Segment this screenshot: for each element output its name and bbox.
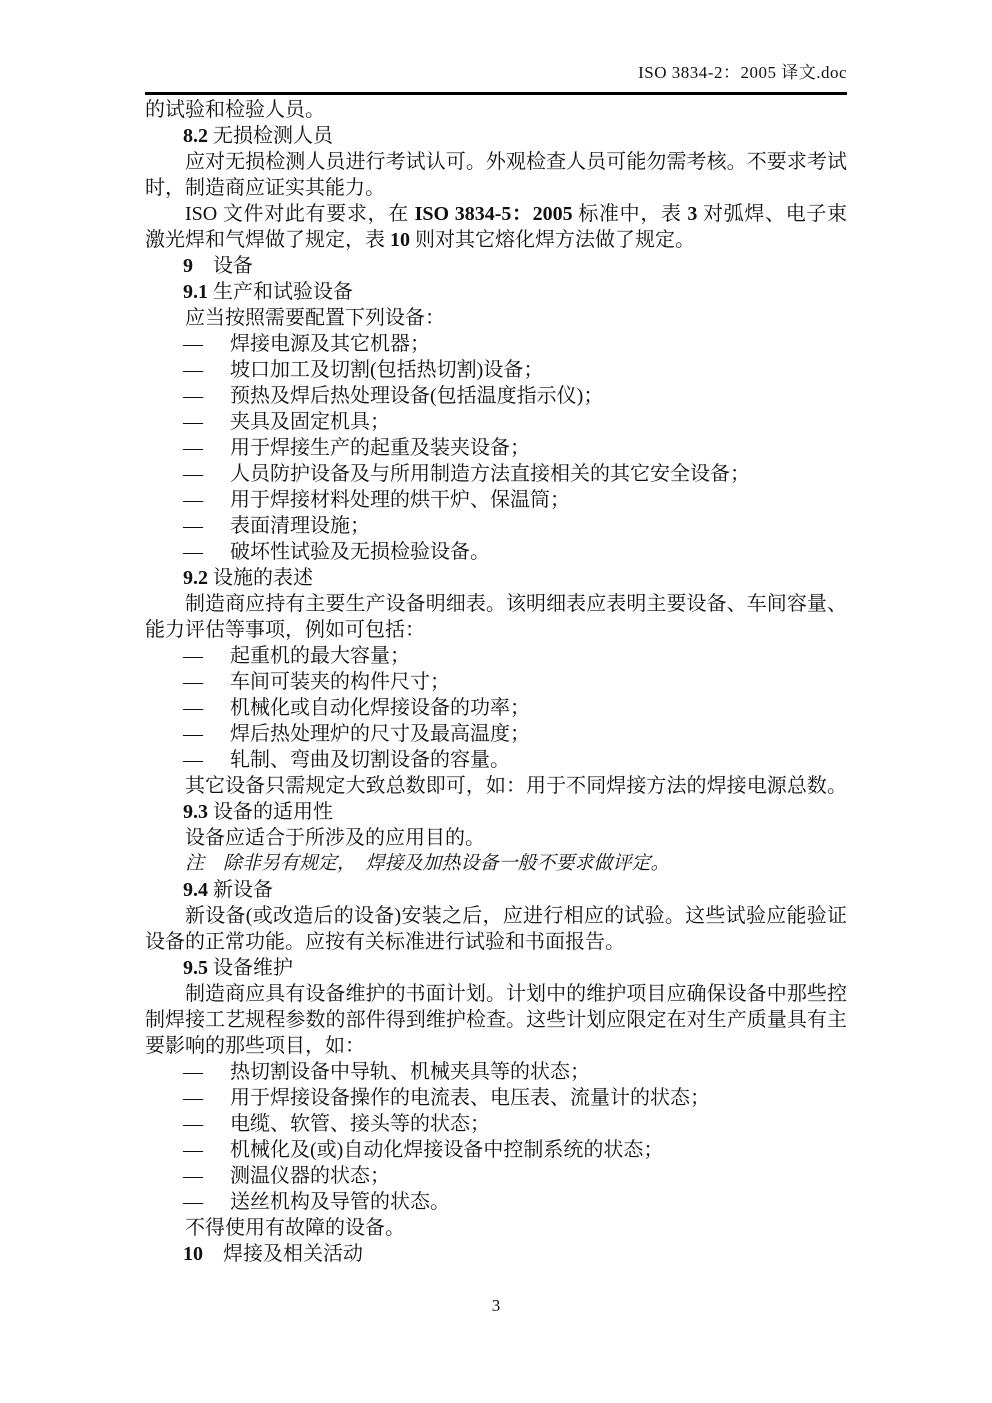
text-line: —夹具及固定机具； <box>145 409 847 435</box>
text-line: 不得使用有故障的设备。 <box>145 1215 847 1241</box>
text-segment: 制造商应具有设备维护的书面计划。计划中的维护项目应确保设备中那些控 <box>185 983 847 1005</box>
dash-bullet: — <box>183 695 230 721</box>
text-segment: 坡口加工及切割(包括热切割)设备； <box>230 359 543 381</box>
text-line: —测温仪器的状态； <box>145 1163 847 1189</box>
text-line: 其它设备只需规定大致总数即可，如：用于不同焊接方法的焊接电源总数。 <box>145 773 847 799</box>
text-line: —人员防护设备及与所用制造方法直接相关的其它安全设备； <box>145 461 847 487</box>
text-line: 应对无损检测人员进行考试认可。外观检查人员可能勿需考核。不要求考试 <box>145 149 847 175</box>
text-segment: 车间可装夹的构件尺寸； <box>230 671 450 693</box>
text-segment: 生产和试验设备 <box>208 281 353 303</box>
text-segment: 表面清理设施； <box>230 515 370 537</box>
text-segment: 制造商应持有主要生产设备明细表。该明细表应表明主要设备、车间容量、 <box>185 593 847 615</box>
text-segment: 设备 <box>193 255 253 277</box>
header-title: ISO 3834-2：2005 译文.doc <box>638 63 847 82</box>
text-segment: 人员防护设备及与所用制造方法直接相关的其它安全设备； <box>230 463 750 485</box>
dash-bullet: — <box>183 747 230 773</box>
dash-bullet: — <box>183 331 230 357</box>
dash-bullet: — <box>183 409 230 435</box>
text-line: —用于焊接设备操作的电流表、电压表、流量计的状态； <box>145 1085 847 1111</box>
text-line: 制造商应具有设备维护的书面计划。计划中的维护项目应确保设备中那些控 <box>145 981 847 1007</box>
text-segment: 机械化或自动化焊接设备的功率； <box>230 697 530 719</box>
text-line: —焊接电源及其它机器； <box>145 331 847 357</box>
text-segment: 起重机的最大容量； <box>230 645 410 667</box>
text-segment: 无损检测人员 <box>208 125 333 147</box>
text-line: 8.2 无损检测人员 <box>145 123 847 149</box>
bold-text-segment: 10 <box>183 1243 203 1265</box>
text-segment: 焊接电源及其它机器； <box>230 333 430 355</box>
text-line: 应当按照需要配置下列设备： <box>145 305 847 331</box>
text-segment: 用于焊接生产的起重及装夹设备； <box>230 437 530 459</box>
header-rule <box>145 92 847 95</box>
text-segment: 焊后热处理炉的尺寸及最高温度； <box>230 723 530 745</box>
dash-bullet: — <box>183 435 230 461</box>
text-line: 激光焊和气焊做了规定，表 10 则对其它熔化焊方法做了规定。 <box>145 227 847 253</box>
text-segment: 用于焊接材料处理的烘干炉、保温筒； <box>230 489 570 511</box>
text-segment: 要影响的那些项目，如： <box>145 1035 365 1057</box>
dash-bullet: — <box>183 487 230 513</box>
text-line: —用于焊接生产的起重及装夹设备； <box>145 435 847 461</box>
dash-bullet: — <box>183 357 230 383</box>
text-line: —坡口加工及切割(包括热切割)设备； <box>145 357 847 383</box>
page-footer: 3 <box>0 1295 992 1317</box>
text-segment: 焊接及相关活动 <box>203 1243 363 1265</box>
document-page: ISO 3834-2：2005 译文.doc 的试验和检验人员。8.2 无损检测… <box>0 0 992 1403</box>
text-line: 制焊接工艺规程参数的部件得到维护检查。这些计划应限定在对生产质量具有主 <box>145 1007 847 1033</box>
dash-bullet: — <box>183 1111 230 1137</box>
bold-text-segment: 9 <box>183 255 193 277</box>
bold-text-segment: 9.4 <box>183 879 208 901</box>
text-segment: 测温仪器的状态； <box>230 1165 390 1187</box>
dash-bullet: — <box>183 1137 230 1163</box>
text-line: 注 除非另有规定， 焊接及加热设备一般不要求做评定。 <box>145 851 847 877</box>
text-segment: 用于焊接设备操作的电流表、电压表、流量计的状态； <box>230 1087 710 1109</box>
text-segment: ISO 文件对此有要求，在 <box>185 203 415 225</box>
text-line: —起重机的最大容量； <box>145 643 847 669</box>
text-line: —破坏性试验及无损检验设备。 <box>145 539 847 565</box>
text-line: —表面清理设施； <box>145 513 847 539</box>
text-line: —焊后热处理炉的尺寸及最高温度； <box>145 721 847 747</box>
text-line: 能力评估等事项，例如可包括： <box>145 617 847 643</box>
text-line: 设备应适合于所涉及的应用目的。 <box>145 825 847 851</box>
text-segment: 轧制、弯曲及切割设备的容量。 <box>230 749 510 771</box>
text-line: —用于焊接材料处理的烘干炉、保温筒； <box>145 487 847 513</box>
text-line: 时，制造商应证实其能力。 <box>145 175 847 201</box>
dash-bullet: — <box>183 721 230 747</box>
text-segment: 则对其它熔化焊方法做了规定。 <box>410 229 695 251</box>
text-segment: 能力评估等事项，例如可包括： <box>145 619 425 641</box>
dash-bullet: — <box>183 383 230 409</box>
text-segment: 新设备(或改造后的设备)安装之后，应进行相应的试验。这些试验应能验证 <box>185 905 847 927</box>
text-line: 9.5 设备维护 <box>145 955 847 981</box>
dash-bullet: — <box>183 1059 230 1085</box>
bold-text-segment: ISO 3834-5：2005 <box>415 203 573 225</box>
text-line: ISO 文件对此有要求，在 ISO 3834-5：2005 标准中，表 3 对弧… <box>145 201 847 227</box>
text-segment: 制焊接工艺规程参数的部件得到维护检查。这些计划应限定在对生产质量具有主 <box>145 1009 847 1031</box>
text-line: 的试验和检验人员。 <box>145 97 847 123</box>
text-line: —机械化及(或)自动化焊接设备中控制系统的状态； <box>145 1137 847 1163</box>
text-line: 制造商应持有主要生产设备明细表。该明细表应表明主要设备、车间容量、 <box>145 591 847 617</box>
text-segment: 应对无损检测人员进行考试认可。外观检查人员可能勿需考核。不要求考试 <box>185 151 847 173</box>
text-segment: 其它设备只需规定大致总数即可，如：用于不同焊接方法的焊接电源总数。 <box>185 775 847 797</box>
dash-bullet: — <box>183 461 230 487</box>
text-segment: 激光焊和气焊做了规定，表 <box>145 229 390 251</box>
text-line: —送丝机构及导管的状态。 <box>145 1189 847 1215</box>
text-segment: 热切割设备中导轨、机械夹具等的状态； <box>230 1061 590 1083</box>
text-segment: 设备维护 <box>208 957 293 979</box>
dash-bullet: — <box>183 513 230 539</box>
text-segment: 标准中，表 <box>573 203 688 225</box>
dash-bullet: — <box>183 1085 230 1111</box>
text-line: —机械化或自动化焊接设备的功率； <box>145 695 847 721</box>
text-line: 9.4 新设备 <box>145 877 847 903</box>
page-number: 3 <box>492 1296 501 1315</box>
text-segment: 设备的适用性 <box>208 801 333 823</box>
text-segment: 设施的表述 <box>208 567 313 589</box>
bold-text-segment: 3 <box>687 203 697 225</box>
text-segment: 注 除非另有规定， 焊接及加热设备一般不要求做评定。 <box>185 853 670 874</box>
text-line: 9.2 设施的表述 <box>145 565 847 591</box>
text-segment: 新设备 <box>208 879 273 901</box>
text-segment: 夹具及固定机具； <box>230 411 390 433</box>
page-header: ISO 3834-2：2005 译文.doc <box>145 62 847 84</box>
dash-bullet: — <box>183 539 230 565</box>
text-line: 设备的正常功能。应按有关标准进行试验和书面报告。 <box>145 929 847 955</box>
text-line: 要影响的那些项目，如： <box>145 1033 847 1059</box>
text-segment: 破坏性试验及无损检验设备。 <box>230 541 490 563</box>
text-segment: 预热及焊后热处理设备(包括温度指示仪)； <box>230 385 603 407</box>
document-body: 的试验和检验人员。8.2 无损检测人员应对无损检测人员进行考试认可。外观检查人员… <box>145 97 847 1267</box>
text-segment: 应当按照需要配置下列设备： <box>185 307 445 329</box>
text-line: —车间可装夹的构件尺寸； <box>145 669 847 695</box>
text-line: 新设备(或改造后的设备)安装之后，应进行相应的试验。这些试验应能验证 <box>145 903 847 929</box>
text-line: 9 设备 <box>145 253 847 279</box>
dash-bullet: — <box>183 643 230 669</box>
bold-text-segment: 10 <box>390 229 410 251</box>
text-line: 9.3 设备的适用性 <box>145 799 847 825</box>
text-line: —热切割设备中导轨、机械夹具等的状态； <box>145 1059 847 1085</box>
dash-bullet: — <box>183 669 230 695</box>
text-line: 9.1 生产和试验设备 <box>145 279 847 305</box>
dash-bullet: — <box>183 1163 230 1189</box>
bold-text-segment: 9.5 <box>183 957 208 979</box>
text-segment: 设备应适合于所涉及的应用目的。 <box>185 827 485 849</box>
text-line: 10 焊接及相关活动 <box>145 1241 847 1267</box>
text-line: —轧制、弯曲及切割设备的容量。 <box>145 747 847 773</box>
text-segment: 的试验和检验人员。 <box>145 99 325 121</box>
text-segment: 机械化及(或)自动化焊接设备中控制系统的状态； <box>230 1139 663 1161</box>
bold-text-segment: 9.2 <box>183 567 208 589</box>
text-segment: 设备的正常功能。应按有关标准进行试验和书面报告。 <box>145 931 625 953</box>
bold-text-segment: 9.1 <box>183 281 208 303</box>
text-line: —电缆、软管、接头等的状态； <box>145 1111 847 1137</box>
text-segment: 时，制造商应证实其能力。 <box>145 177 385 199</box>
bold-text-segment: 8.2 <box>183 125 208 147</box>
bold-text-segment: 9.3 <box>183 801 208 823</box>
dash-bullet: — <box>183 1189 230 1215</box>
text-line: —预热及焊后热处理设备(包括温度指示仪)； <box>145 383 847 409</box>
text-segment: 送丝机构及导管的状态。 <box>230 1191 450 1213</box>
text-segment: 电缆、软管、接头等的状态； <box>230 1113 490 1135</box>
text-segment: 不得使用有故障的设备。 <box>185 1217 405 1239</box>
